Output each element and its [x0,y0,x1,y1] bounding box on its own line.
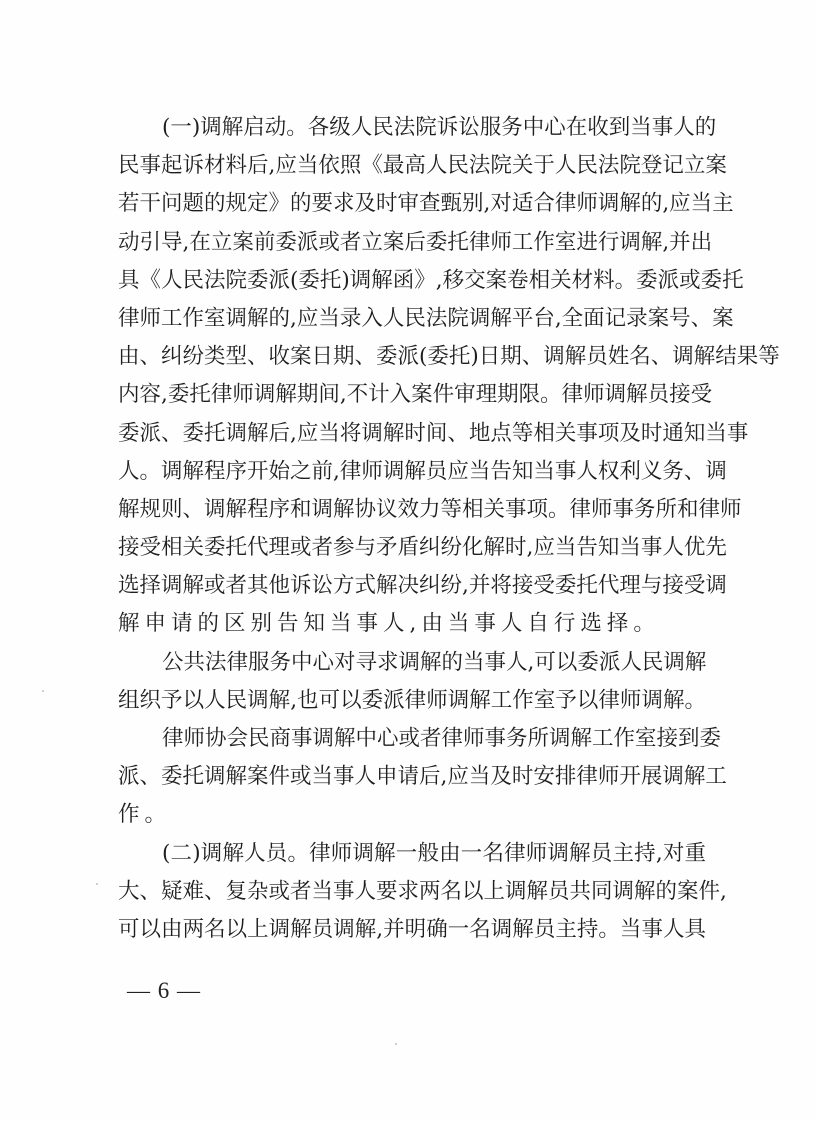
paragraph-1-line-4: 动引导,在立案前委派或者立案后委托律师工作室进行调解,并出 [118,227,706,265]
paragraph-4-line-1: (二)调解人员。律师调解一般由一名律师调解员主持,对重 [118,838,706,876]
paragraph-3-line-2: 派、委托调解案件或当事人申请后,应当及时安排律师开展调解工 [118,761,706,799]
paragraph-3-line-1: 律师协会民商事调解中心或者律师事务所调解工作室接到委 [118,723,706,761]
paragraph-4-line-3: 可以由两名以上调解员调解,并明确一名调解员主持。当事人具 [118,914,706,952]
scan-speck [96,883,98,885]
paragraph-1-line-10: 人。调解程序开始之前,律师调解员应当告知当事人权利义务、调 [118,456,706,494]
scan-speck [395,1043,397,1045]
paragraph-4-line-2: 大、疑难、复杂或者当事人要求两名以上调解员共同调解的案件, [118,876,706,914]
paragraph-2-line-1: 公共法律服务中心对寻求调解的当事人,可以委派人民调解 [118,647,706,685]
paragraph-1-line-6: 律师工作室调解的,应当录入人民法院调解平台,全面记录案号、案 [118,303,706,341]
paragraph-1-line-8: 内容,委托律师调解期间,不计入案件审理期限。律师调解员接受 [118,379,706,417]
paragraph-1-line-5: 具《人民法院委派(委托)调解函》,移交案卷相关材料。委派或委托 [118,265,706,303]
paragraph-1-line-9: 委派、委托调解后,应当将调解时间、地点等相关事项及时通知当事 [118,418,706,456]
paragraph-1-line-1: (一)调解启动。各级人民法院诉讼服务中心在收到当事人的 [118,112,706,150]
paragraph-1-line-2: 民事起诉材料后,应当依照《最高人民法院关于人民法院登记立案 [118,150,706,188]
scan-speck [470,850,472,852]
page-number: — 6 — [127,978,201,1004]
paragraph-1-line-12: 接受相关委托代理或者参与矛盾纠纷化解时,应当告知当事人优先 [118,532,706,570]
scan-speck [42,690,44,692]
paragraph-1-line-3: 若干问题的规定》的要求及时审查甄别,对适合律师调解的,应当主 [118,188,706,226]
paragraph-3-line-3: 作。 [118,799,706,837]
paragraph-1-line-11: 解规则、调解程序和调解协议效力等相关事项。律师事务所和律师 [118,494,706,532]
paragraph-1-line-7: 由、纠纷类型、收案日期、委派(委托)日期、调解员姓名、调解结果等 [118,341,706,379]
paragraph-1-line-13: 选择调解或者其他诉讼方式解决纠纷,并将接受委托代理与接受调 [118,570,706,608]
document-page: (一)调解启动。各级人民法院诉讼服务中心在收到当事人的 民事起诉材料后,应当依照… [0,0,816,1121]
paragraph-2-line-2: 组织予以人民调解,也可以委派律师调解工作室予以律师调解。 [118,685,706,723]
document-body: (一)调解启动。各级人民法院诉讼服务中心在收到当事人的 民事起诉材料后,应当依照… [118,112,706,952]
paragraph-1-line-14: 解申请的区别告知当事人,由当事人自行选择。 [118,608,706,646]
